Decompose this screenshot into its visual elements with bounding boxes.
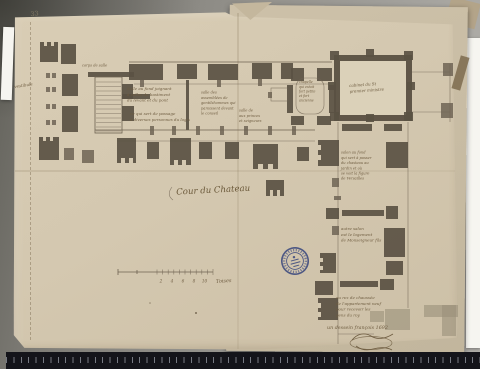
scale-number: 4	[170, 279, 174, 284]
annotation-line: gens du roy	[336, 312, 381, 318]
photographed-drawing: 2 4 6 8 10 Toises 33 vestibule corps de …	[0, 0, 480, 369]
annotation-line: de Versailles	[341, 176, 372, 181]
annotation-chapel: chapelle qui estoit fort petite et fort …	[299, 80, 315, 103]
courtyard-turret	[266, 180, 284, 196]
annotation-center-b: ce qui sert de passage à diverses person…	[130, 111, 190, 123]
scale-number: 8	[193, 279, 196, 284]
collection-stamp-icon	[279, 245, 311, 277]
scale-unit-label: Toises	[216, 278, 232, 285]
ruler-ticks	[6, 357, 480, 363]
signature-flourish-icon	[350, 334, 393, 350]
stair-treads	[96, 82, 121, 131]
scale-bar: 2 4 6 8 10 Toises	[118, 269, 232, 285]
annotation-center-a: Salle au fond joignant à celles du basti…	[127, 86, 171, 103]
annotation-line: du levant et du pont	[127, 98, 171, 104]
annotation-line: ancienne	[299, 99, 315, 104]
label-corps-de-salle: corps de salle	[82, 63, 107, 68]
scale-number: 6	[182, 279, 185, 284]
annotation-east-wing-middle: autre salon est le logement de Monseigne…	[341, 226, 381, 243]
ink-specks	[149, 302, 197, 314]
annotation-line: au rez de chaussée	[336, 295, 381, 301]
scale-number: 2	[159, 279, 163, 284]
photographic-scale-ruler	[6, 352, 480, 369]
annotation-princes: salle de aux princes et seigneurs	[239, 108, 261, 124]
annotation-line: et seigneurs	[239, 118, 261, 123]
plan-grand-pavilion	[328, 49, 453, 122]
inscription-line: un dessein françois 1692	[327, 324, 388, 331]
title-swash	[169, 187, 173, 200]
annotation-line: à diverses personnes du logis	[130, 117, 190, 123]
annotation-line: de Monseigneur fils	[341, 238, 381, 244]
annotation-line: le conseil	[201, 111, 236, 116]
annotation-assembly: salle des assemblées de gentilshommes qu…	[201, 90, 236, 116]
annotation-east-wing-lower: au rez de chaussée de l'appartement neuf…	[336, 295, 381, 318]
annotation-pavilion: cabinet du St premier ministre	[349, 81, 384, 95]
annotation-east-wing-upper: salon au fond qui sert à passer du chast…	[341, 150, 372, 181]
annotation-line: Salle au fond joignant	[127, 86, 171, 92]
page-number: 33	[30, 9, 39, 19]
scale-number: 10	[202, 279, 208, 284]
